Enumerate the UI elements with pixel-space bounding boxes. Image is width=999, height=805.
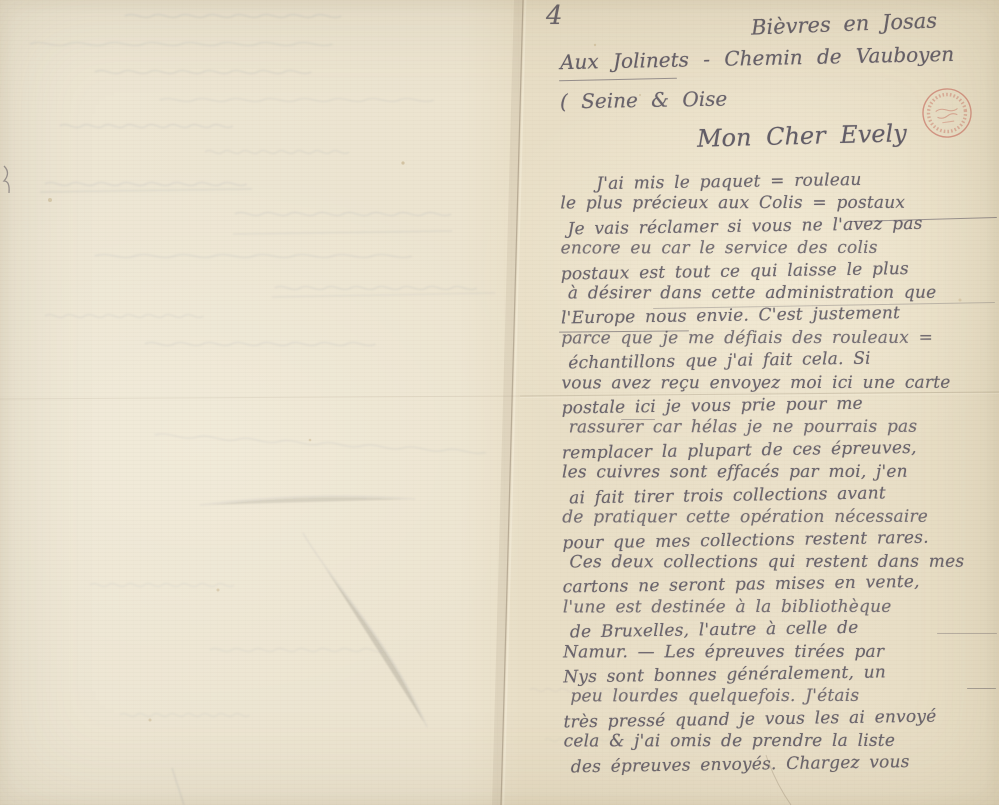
letter-body: J'ai mis le paquet = rouleau le plus pré… <box>560 169 999 777</box>
address-line: Aux Jolinets - Chemin de Vauboyen <box>560 42 955 74</box>
handwriting-line: de pratiquer cette opération nécessaire <box>562 506 999 529</box>
letter-sheet: 4 Bièvres en Josas Aux Jolinets - Chemin… <box>0 0 999 805</box>
red-circular-stamp <box>915 81 978 144</box>
handwriting-line: encore eu car le service des colis <box>561 237 998 260</box>
center-fold-crease <box>501 0 523 805</box>
address-underlined-part: Aux Jolinets <box>560 47 689 74</box>
handwriting-line: les cuivres sont effacés par moi, j'en <box>562 461 999 484</box>
page-number: 4 <box>546 1 563 31</box>
center-fold-shadow <box>497 0 519 805</box>
handwriting-line: de Bruxelles, l'autre à celle de <box>570 615 999 644</box>
pencil-edge-mark <box>4 166 9 193</box>
handwriting-line: des épreuves envoyés. Chargez vous <box>571 749 999 778</box>
handwriting-line: cela & j'ai omis de prendre la liste <box>564 730 999 753</box>
department-line: ( Seine & Oise <box>560 87 728 114</box>
place-line: Bièvres en Josas <box>751 8 938 39</box>
ink-underline <box>559 78 677 82</box>
handwriting-line: échantillons que j'ai fait cela. Si <box>568 346 998 375</box>
salutation: Mon Cher Evely <box>697 119 907 152</box>
address-rest: - Chemin de Vauboyen <box>703 42 954 71</box>
